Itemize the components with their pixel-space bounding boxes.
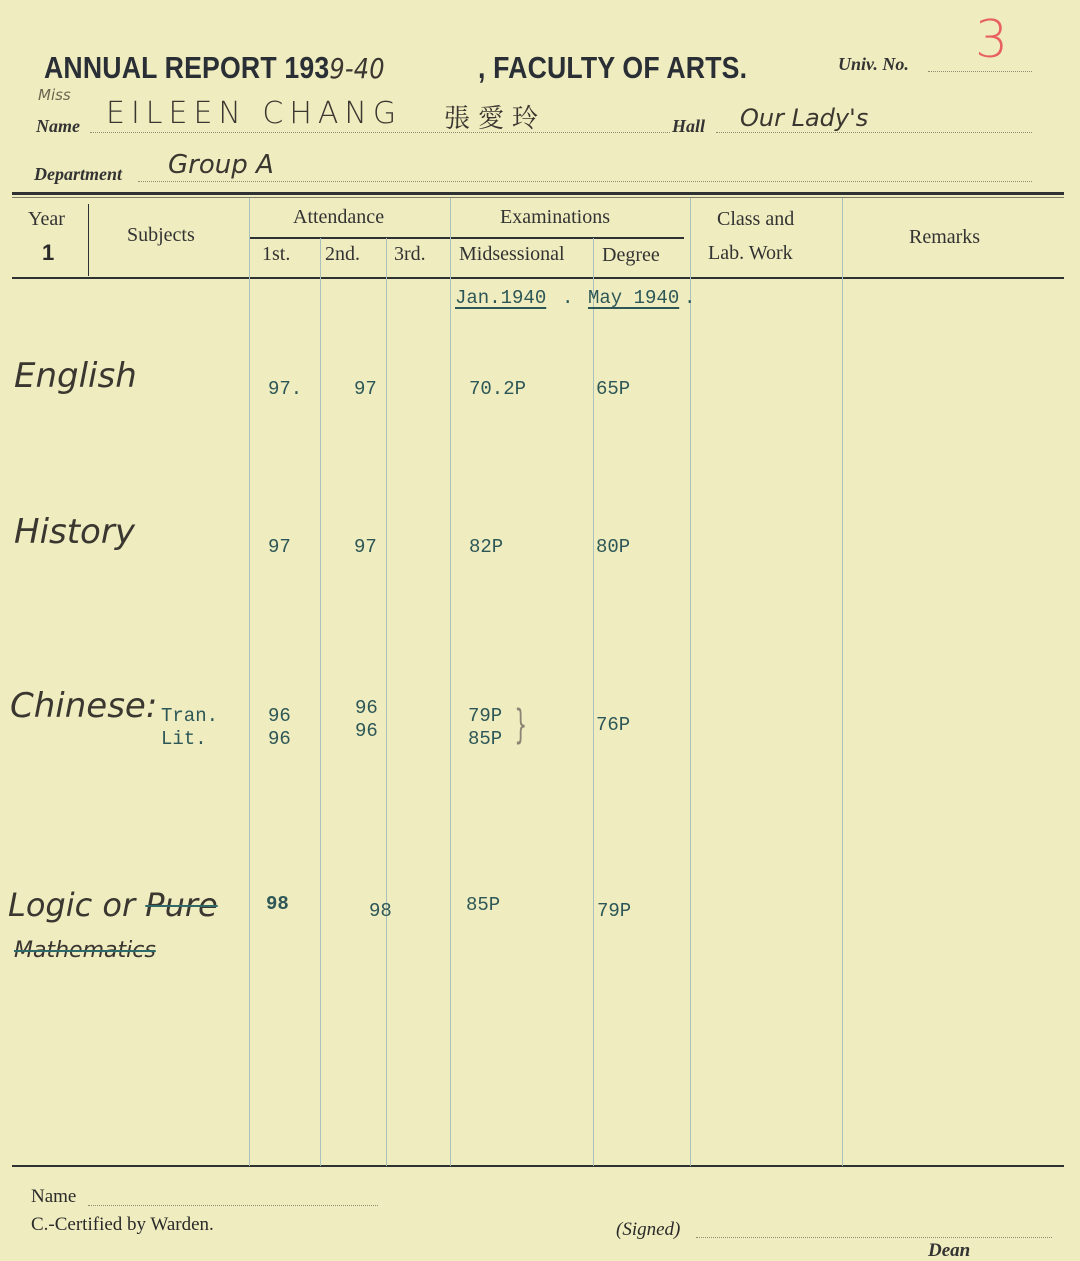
department-value: Group A <box>168 150 274 180</box>
english-att-2nd: 97 <box>354 378 377 400</box>
date-period: . <box>684 287 695 309</box>
class-lab-header-line2: Lab. Work <box>708 242 793 265</box>
history-degree: 80P <box>596 536 630 558</box>
subject-logic: Logic or Pure <box>8 886 218 924</box>
class-lab-header-line1: Class and <box>717 208 794 231</box>
brace-icon: } <box>514 702 527 748</box>
midsessional-header: Midsessional <box>459 243 565 266</box>
faculty-title: , FACULTY OF ARTS. <box>478 50 747 86</box>
midsessional-date: Jan.1940 <box>455 287 546 309</box>
attendance-header: Attendance <box>293 206 384 229</box>
date-separator: . <box>562 287 573 309</box>
subject-logic-text: Logic or <box>8 886 135 924</box>
hall-label: Hall <box>672 116 705 137</box>
history-att-1st: 97 <box>268 536 291 558</box>
subject-chinese: Chinese: <box>10 686 157 726</box>
certified-by-warden: C.-Certified by Warden. <box>31 1214 214 1236</box>
footer-name-label: Name <box>31 1186 76 1208</box>
attendance-1st-header: 1st. <box>262 243 290 266</box>
chinese-lit-att-1st: 96 <box>268 728 291 750</box>
student-name: EILEEN CHANG <box>106 96 402 131</box>
chinese-lit-midsessional: 85P <box>468 728 502 750</box>
logic-degree: 79P <box>597 900 631 922</box>
chinese-sub-translation: Tran. <box>161 705 218 727</box>
academic-year: 9-40 <box>329 52 384 85</box>
logic-midsessional: 85P <box>466 894 500 916</box>
chinese-lit-att-2nd: 96 <box>355 720 378 742</box>
attendance-3rd-header: 3rd. <box>394 243 426 266</box>
chinese-sub-literature: Lit. <box>161 728 207 750</box>
department-label: Department <box>34 164 122 185</box>
attendance-2nd-header: 2nd. <box>325 243 360 266</box>
name-prefix: Miss <box>38 86 71 104</box>
year-label: Year <box>28 208 65 231</box>
history-att-2nd: 97 <box>354 536 377 558</box>
chinese-tran-midsessional: 79P <box>468 705 502 727</box>
subjects-header: Subjects <box>127 224 195 247</box>
chinese-tran-att-2nd: 96 <box>355 697 378 719</box>
remarks-header: Remarks <box>909 226 980 249</box>
english-att-1st: 97. <box>268 378 302 400</box>
univ-no-value: 3 <box>975 10 1008 70</box>
english-degree: 65P <box>596 378 630 400</box>
logic-att-1st: 98 <box>266 893 289 915</box>
hall-value: Our Lady's <box>740 104 868 132</box>
dean-label: Dean <box>928 1240 970 1261</box>
history-midsessional: 82P <box>469 536 503 558</box>
degree-header: Degree <box>602 244 660 267</box>
english-midsessional: 70.2P <box>469 378 526 400</box>
name-label: Name <box>36 116 80 137</box>
subject-struck-mathematics: Mathematics <box>14 938 156 963</box>
subject-english: English <box>14 356 137 396</box>
subject-history: History <box>14 512 135 552</box>
subject-struck-pure: Pure <box>145 886 217 924</box>
title-prefix: ANNUAL REPORT 193 <box>44 50 329 85</box>
logic-att-2nd: 98 <box>369 900 392 922</box>
examinations-header: Examinations <box>500 206 610 229</box>
year-value: 1 <box>42 240 54 266</box>
chinese-degree: 76P <box>596 714 630 736</box>
univ-no-label: Univ. No. <box>838 54 909 75</box>
report-title: ANNUAL REPORT 1939-40 <box>44 50 385 86</box>
student-name-chinese: 張愛玲 <box>444 98 546 135</box>
signed-label: (Signed) <box>616 1219 680 1241</box>
chinese-tran-att-1st: 96 <box>268 705 291 727</box>
degree-date: May 1940 <box>588 287 679 309</box>
